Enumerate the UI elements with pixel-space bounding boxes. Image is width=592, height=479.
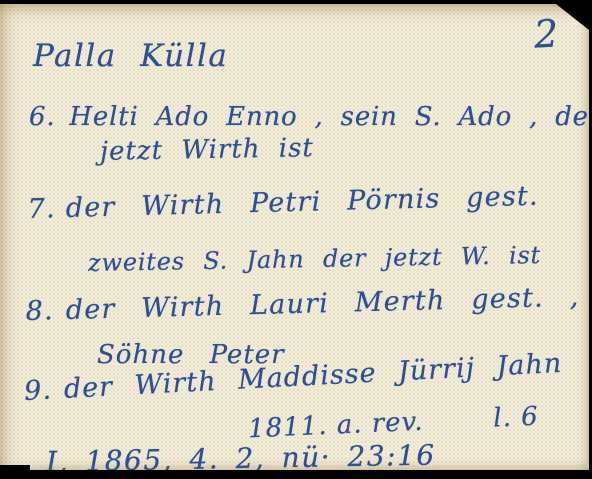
scan-edge-artifact [0, 465, 30, 472]
entry-8-text: der Wirth Lauri Merth gest. , [65, 282, 579, 326]
entry-6-line1: 6.Helti Ado Enno , sein S. Ado , der [29, 102, 592, 132]
entry-8-number: 8. [25, 295, 54, 327]
entry-9-page-note: l. 6 [493, 402, 540, 434]
page-number: 2 [533, 11, 559, 56]
entry-6-continuation: jetzt Wirth ist [100, 133, 314, 167]
source-reference: I, 1865, 4. 2, nü· 23:16 [46, 439, 436, 479]
index-card: 2 Palla Külla 6.Helti Ado Enno , sein S.… [0, 4, 589, 470]
entry-9-number: 9. [23, 375, 52, 407]
entry-7-line1: 7.der Wirth Petri Pörnis gest. [27, 181, 539, 225]
entry-8-line1: 8.der Wirth Lauri Merth gest. , [25, 282, 580, 327]
entry-7-number: 7. [27, 193, 56, 225]
entry-9-continuation: 1811. a. rev.l. 6 [247, 402, 539, 445]
entry-6-number: 6. [29, 102, 55, 132]
entry-7-text: der Wirth Petri Pörnis gest. [65, 181, 539, 224]
entry-6-text: Helti Ado Enno , sein S. Ado , der [69, 102, 592, 132]
entry-7-continuation: zweites S. Jahn der jetzt W. ist [88, 241, 541, 277]
card-title: Palla Külla [33, 38, 228, 74]
